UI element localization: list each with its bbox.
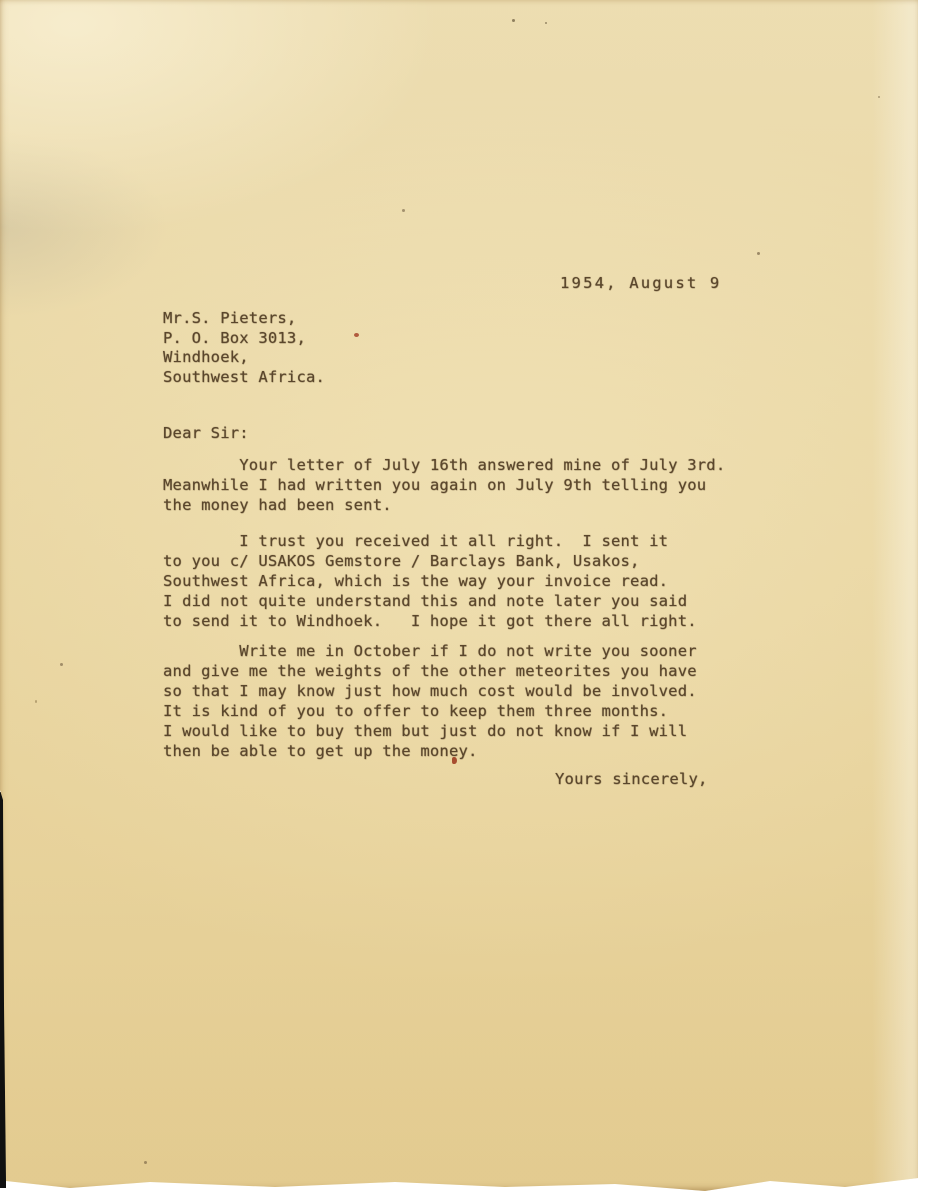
ink-speckle [878,96,880,98]
salutation: Dear Sir: [163,423,249,443]
ink-speckle [144,1161,147,1164]
recipient-address: Mr.S. Pieters, P. O. Box 3013, Windhoek,… [163,309,325,387]
ink-speckle [402,209,405,212]
ink-speckle [60,663,63,666]
paragraph-2: I trust you received it all right. I sen… [163,531,697,631]
paragraph-3: Write me in October if I do not write yo… [163,641,697,761]
scan-background: 1954, August 9 Mr.S. Pieters, P. O. Box … [0,0,930,1200]
ink-speckle [512,19,515,22]
ink-speckle [545,22,547,24]
ink-speckle [35,700,37,703]
letter-date: 1954, August 9 [560,273,721,293]
paragraph-1: Your letter of July 16th answered mine o… [163,455,725,515]
closing: Yours sincerely, [555,769,708,789]
ink-speckle [757,252,760,255]
red-mark [354,333,359,337]
letter-page: 1954, August 9 Mr.S. Pieters, P. O. Box … [0,0,918,1192]
